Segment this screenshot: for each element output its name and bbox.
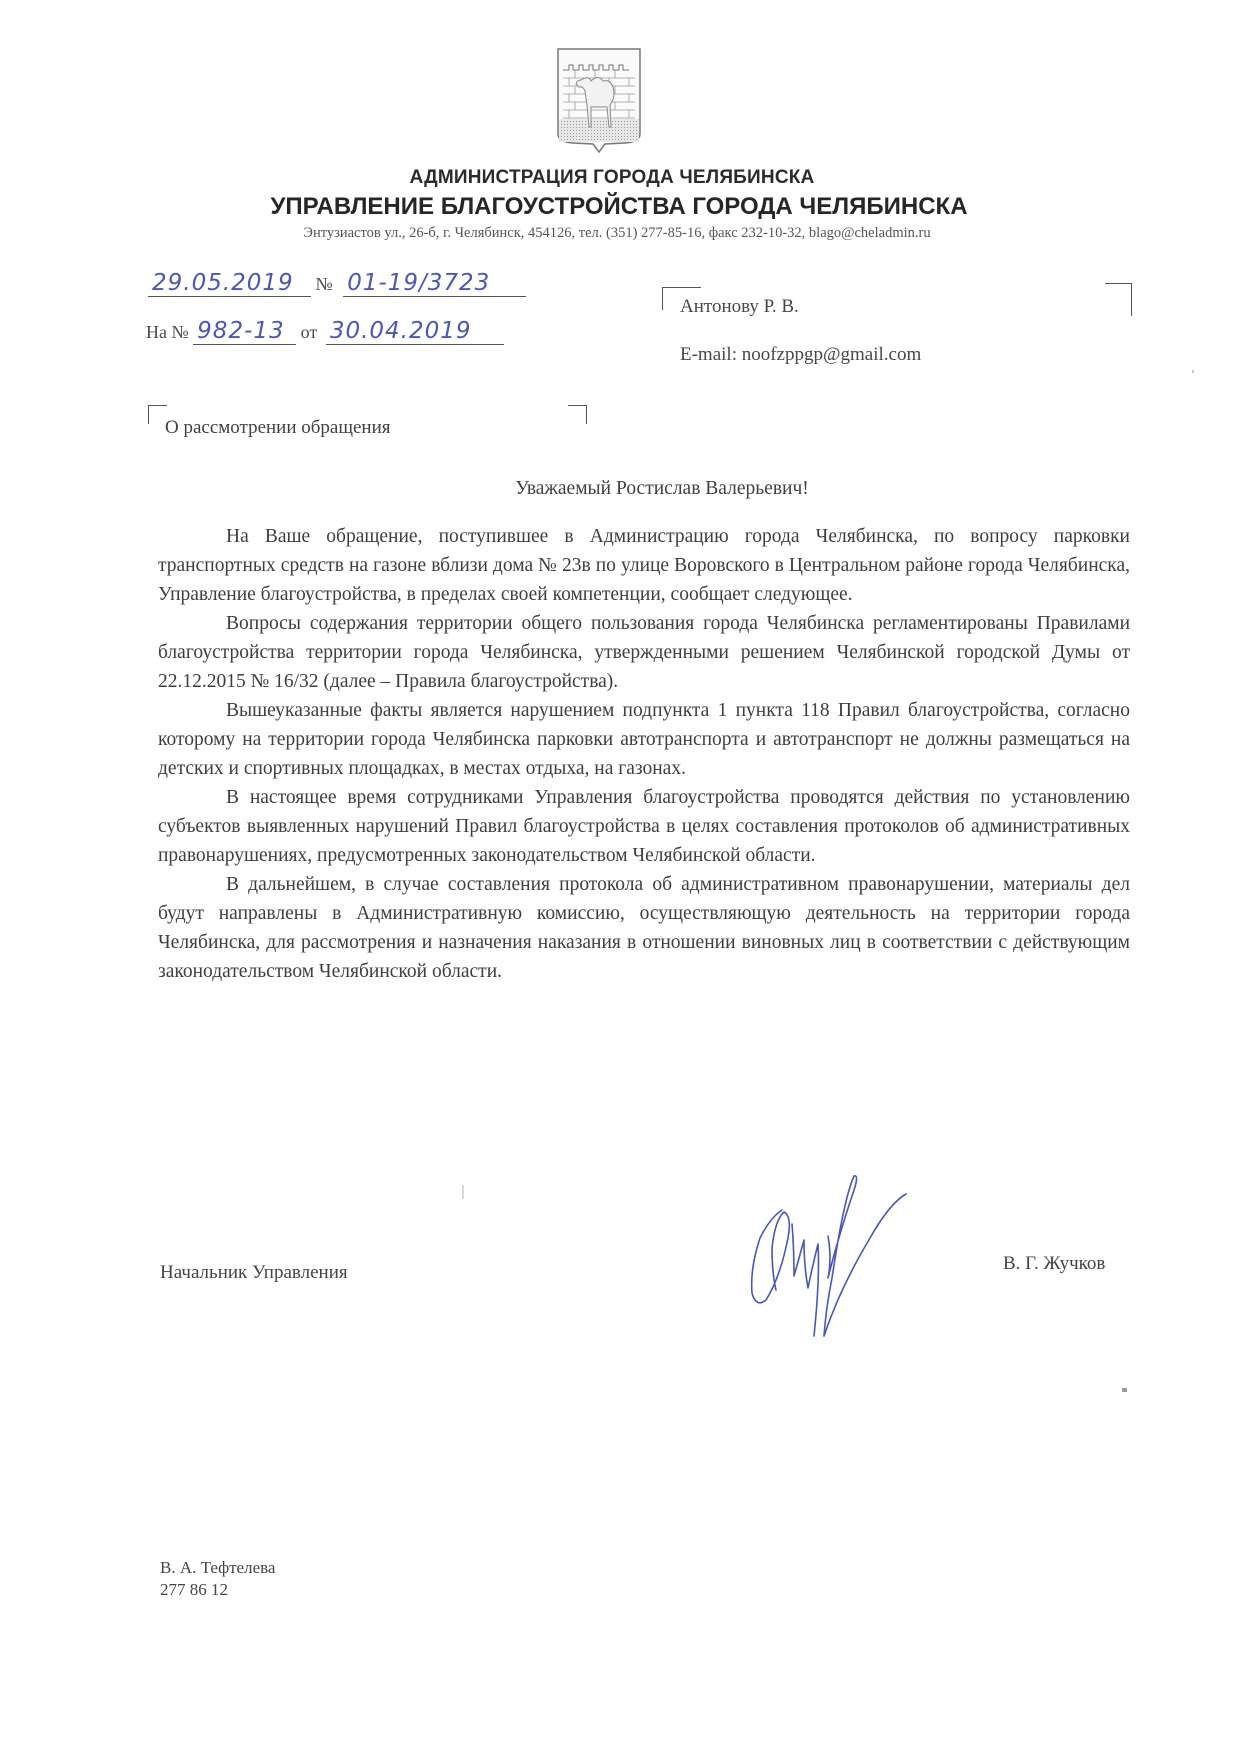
signatory-position: Начальник Управления [160, 1262, 348, 1284]
organization-name: АДМИНИСТРАЦИЯ ГОРОДА ЧЕЛЯБИНСКА [0, 167, 1232, 189]
incoming-reference: На № 982-13 от 30.04.2019 [146, 318, 504, 345]
subject-corner-right [568, 405, 587, 424]
reply-number: 982-13 [193, 318, 296, 345]
executor-phone: 277 86 12 [160, 1579, 275, 1601]
scan-speck [1192, 370, 1194, 373]
addressee-name: Антонову Р. В. [680, 296, 799, 318]
body-paragraph: Вышеуказанные факты является нарушением … [158, 696, 1130, 783]
addressee-corner-right [1105, 283, 1132, 316]
executor-info: В. А. Тефтелева 277 86 12 [160, 1557, 275, 1601]
reply-label: На № [146, 322, 189, 342]
signature-image [720, 1158, 940, 1338]
body-paragraph: На Ваше обращение, поступившее в Админис… [158, 522, 1130, 609]
reply-from-label: от [301, 322, 318, 342]
reply-date: 30.04.2019 [326, 318, 504, 345]
coat-of-arms-emblem [555, 46, 643, 156]
body-paragraph: В дальнейшем, в случае составления прото… [158, 870, 1130, 986]
signatory-name: В. Г. Жучков [1003, 1253, 1105, 1275]
addressee-email: E-mail: noofzppgp@gmail.com [680, 344, 921, 366]
body-paragraph: В настоящее время сотрудниками Управлени… [158, 783, 1130, 870]
scan-speck [1122, 1388, 1127, 1392]
letter-subject: О рассмотрении обращения [165, 417, 391, 439]
executor-name: В. А. Тефтелева [160, 1557, 275, 1579]
outgoing-date: 29.05.2019 [148, 270, 311, 297]
organization-address: Энтузиастов ул., 26-б, г. Челябинск, 454… [0, 225, 1237, 242]
outgoing-number: 01-19/3723 [343, 270, 526, 297]
department-name: УПРАВЛЕНИЕ БЛАГОУСТРОЙСТВА ГОРОДА ЧЕЛЯБИ… [0, 193, 1239, 221]
letter-body: На Ваше обращение, поступившее в Админис… [158, 522, 1130, 986]
outgoing-registration: 29.05.2019 № 01-19/3723 [148, 270, 526, 297]
scan-speck [462, 1185, 464, 1199]
number-label: № [316, 274, 333, 294]
salutation: Уважаемый Ростислав Валерьевич! [42, 478, 1240, 500]
body-paragraph: Вопросы содержания территории общего пол… [158, 609, 1130, 696]
